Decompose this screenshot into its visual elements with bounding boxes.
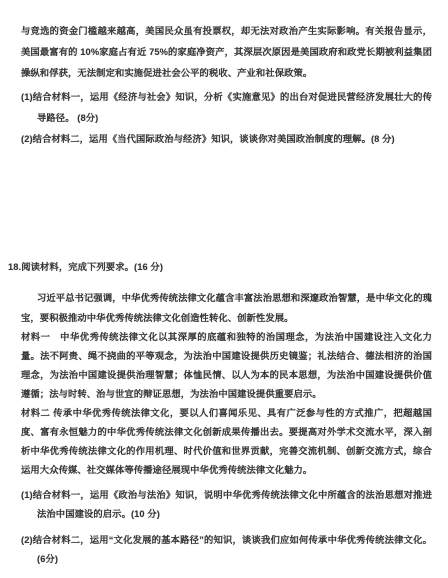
q18-subquestion-1-label: (1): [21, 490, 33, 500]
q17-subquestion-2-text: 结合材料二，运用《当代国际政治与经济》知识，谈谈你对美国政治制度的理解。(8 分…: [33, 134, 395, 144]
q17-subquestion-1-label: (1): [21, 92, 33, 102]
q18-subquestion-1: (1)结合材料一，运用《政治与法治》知识，说明中华优秀传统法律文化中所蕴含的法治…: [21, 486, 432, 524]
q18-material-2: 材料二 传承中华优秀传统法律文化，要以人们喜闻乐见、具有广泛参与性的方式推广，把…: [21, 404, 432, 480]
q17-material-continuation: 与竞选的资金门槛越来越高，美国民众虽有投票权，却无法对政治产生实际影响。有关报告…: [21, 21, 432, 84]
q18-subquestion-2-text: 结合材料二，运用“文化发展的基本路径”的知识，谈谈我们应如何传承中华优秀传统法律…: [33, 535, 432, 564]
q18-intro-paragraph: 习近平总书记强调，中华优秀传统法律文化蕴含丰富法治思想和深邃政治智慧，是中华文化…: [21, 288, 432, 328]
q17-subquestion-1: (1)结合材料一，运用《经济与社会》知识，分析《实施意见》的出台对促进民营经济发…: [21, 87, 432, 129]
blank-area: [21, 150, 432, 257]
q18-number: 18.: [8, 262, 21, 272]
q18-subquestion-2: (2)结合材料二，运用“文化发展的基本路径”的知识，谈谈我们应如何传承中华优秀传…: [21, 531, 432, 569]
q17-subquestion-2: (2)结合材料二，运用《当代国际政治与经济》知识，谈谈你对美国政治制度的理解。(…: [21, 129, 432, 150]
exam-paper-page: 与竞选的资金门槛越来越高，美国民众虽有投票权，却无法对政治产生实际影响。有关报告…: [0, 0, 448, 578]
q18-heading: 18.阅读材料，完成下列要求。(16 分): [8, 257, 432, 278]
q18-subquestion-1-text: 结合材料一，运用《政治与法治》知识，说明中华优秀传统法律文化中所蕴含的法治思想对…: [33, 490, 432, 519]
q18-subquestion-2-label: (2): [21, 535, 33, 545]
q18-heading-text: 阅读材料，完成下列要求。(16 分): [21, 262, 163, 272]
q17-subquestion-1-text: 结合材料一，运用《经济与社会》知识，分析《实施意见》的出台对促进民营经济发展壮大…: [33, 92, 432, 123]
q17-subquestion-2-label: (2): [21, 134, 33, 144]
q18-material-1: 材料一 中华优秀传统法律文化以其深厚的底蕴和独特的治国理念，为法治中国建设注入文…: [21, 328, 432, 404]
